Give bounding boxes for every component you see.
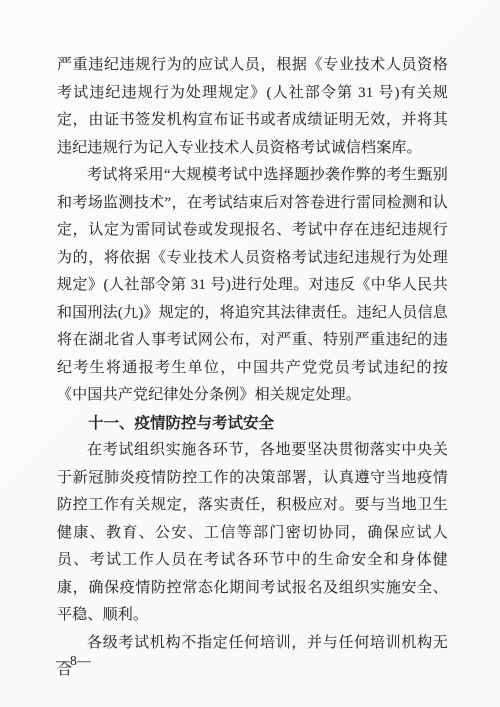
document-page: 严重违纪违规行为的应试人员，根据《专业技术人员资格考试违纪违规行为处理规定》(人… — [0, 0, 500, 707]
page-number: —8— — [56, 653, 91, 669]
section-heading-epidemic-safety: 十一、疫情防控与考试安全 — [57, 410, 448, 438]
paragraph-violation-consequences: 严重违纪违规行为的应试人员，根据《专业技术人员资格考试违纪违规行为处理规定》(人… — [57, 52, 448, 162]
paragraph-epidemic-prevention: 在考试组织实施各环节，各地要坚决贯彻落实中央关于新冠肺炎疫情防控工作的决策部署，… — [57, 437, 448, 630]
paragraph-cheating-detection: 考试将采用“大规模考试中选择题抄袭作弊的考生甄别和考场监测技术”，在考试结束后对… — [57, 162, 448, 410]
paragraph-training-disclaimer: 各级考试机构不指定任何培训，并与任何培训机构无合 — [57, 630, 448, 685]
